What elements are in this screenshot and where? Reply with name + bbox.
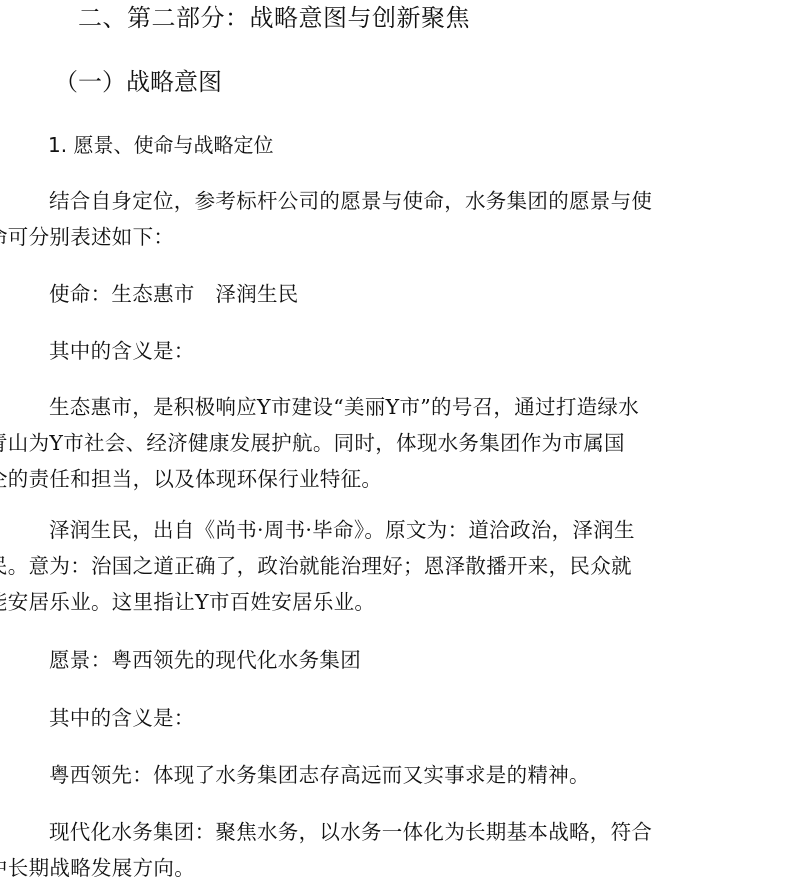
paragraph-line: 愿景：粤西领先的现代化水务集团 — [18, 642, 738, 678]
paragraph-vision: 愿景：粤西领先的现代化水务集团 — [18, 642, 738, 678]
paragraph-line: 民。意为：治国之道正确了，政治就能治理好；恩泽散播开来，民众就 — [18, 548, 738, 584]
paragraph-meaning-label-2: 其中的含义是： — [18, 700, 738, 736]
paragraph-line: 泽润生民，出自《尚书·周书·毕命》。原文为：道洽政治，泽润生 — [18, 512, 738, 548]
paragraph-line: 结合自身定位，参考标杆公司的愿景与使命，水务集团的愿景与使 — [18, 183, 738, 219]
section-heading: （一）战略意图 — [54, 66, 222, 98]
paragraph-line: 现代化水务集团：聚焦水务，以水务一体化为长期基本战略，符合 — [18, 814, 738, 850]
paragraph-line: 中长期战略发展方向。 — [18, 850, 738, 885]
paragraph-line: 生态惠市，是积极响应Y市建设“美丽Y市”的号召，通过打造绿水 — [18, 389, 738, 425]
paragraph-meaning-label: 其中的含义是： — [18, 333, 738, 369]
paragraph-mission: 使命：生态惠市 泽润生民 — [18, 276, 738, 312]
paragraph-line: 命可分别表述如下： — [18, 219, 738, 255]
subsection-heading: 1. 愿景、使命与战略定位 — [48, 131, 273, 159]
paragraph-eco-benefit: 生态惠市，是积极响应Y市建设“美丽Y市”的号召，通过打造绿水 青山为Y市社会、经… — [18, 389, 738, 497]
paragraph-line: 使命：生态惠市 泽润生民 — [18, 276, 738, 312]
part-heading: 二、第二部分：战略意图与创新聚焦 — [78, 2, 470, 34]
document-page: 二、第二部分：战略意图与创新聚焦 （一）战略意图 1. 愿景、使命与战略定位 结… — [0, 0, 790, 885]
paragraph-line: 能安居乐业。这里指让Y市百姓安居乐业。 — [18, 584, 738, 620]
paragraph-zerun-shengmin: 泽润生民，出自《尚书·周书·毕命》。原文为：道洽政治，泽润生 民。意为：治国之道… — [18, 512, 738, 620]
paragraph-line: 青山为Y市社会、经济健康发展护航。同时，体现水务集团作为市属国 — [18, 425, 738, 461]
paragraph-line: 企的责任和担当，以及体现环保行业特征。 — [18, 461, 738, 497]
paragraph-intro: 结合自身定位，参考标杆公司的愿景与使命，水务集团的愿景与使 命可分别表述如下： — [18, 183, 738, 255]
paragraph-modern-group: 现代化水务集团：聚焦水务，以水务一体化为长期基本战略，符合 中长期战略发展方向。 — [18, 814, 738, 885]
paragraph-line: 其中的含义是： — [18, 700, 738, 736]
paragraph-west-leading: 粤西领先：体现了水务集团志存高远而又实事求是的精神。 — [18, 757, 738, 793]
paragraph-line: 粤西领先：体现了水务集团志存高远而又实事求是的精神。 — [18, 757, 738, 793]
paragraph-line: 其中的含义是： — [18, 333, 738, 369]
